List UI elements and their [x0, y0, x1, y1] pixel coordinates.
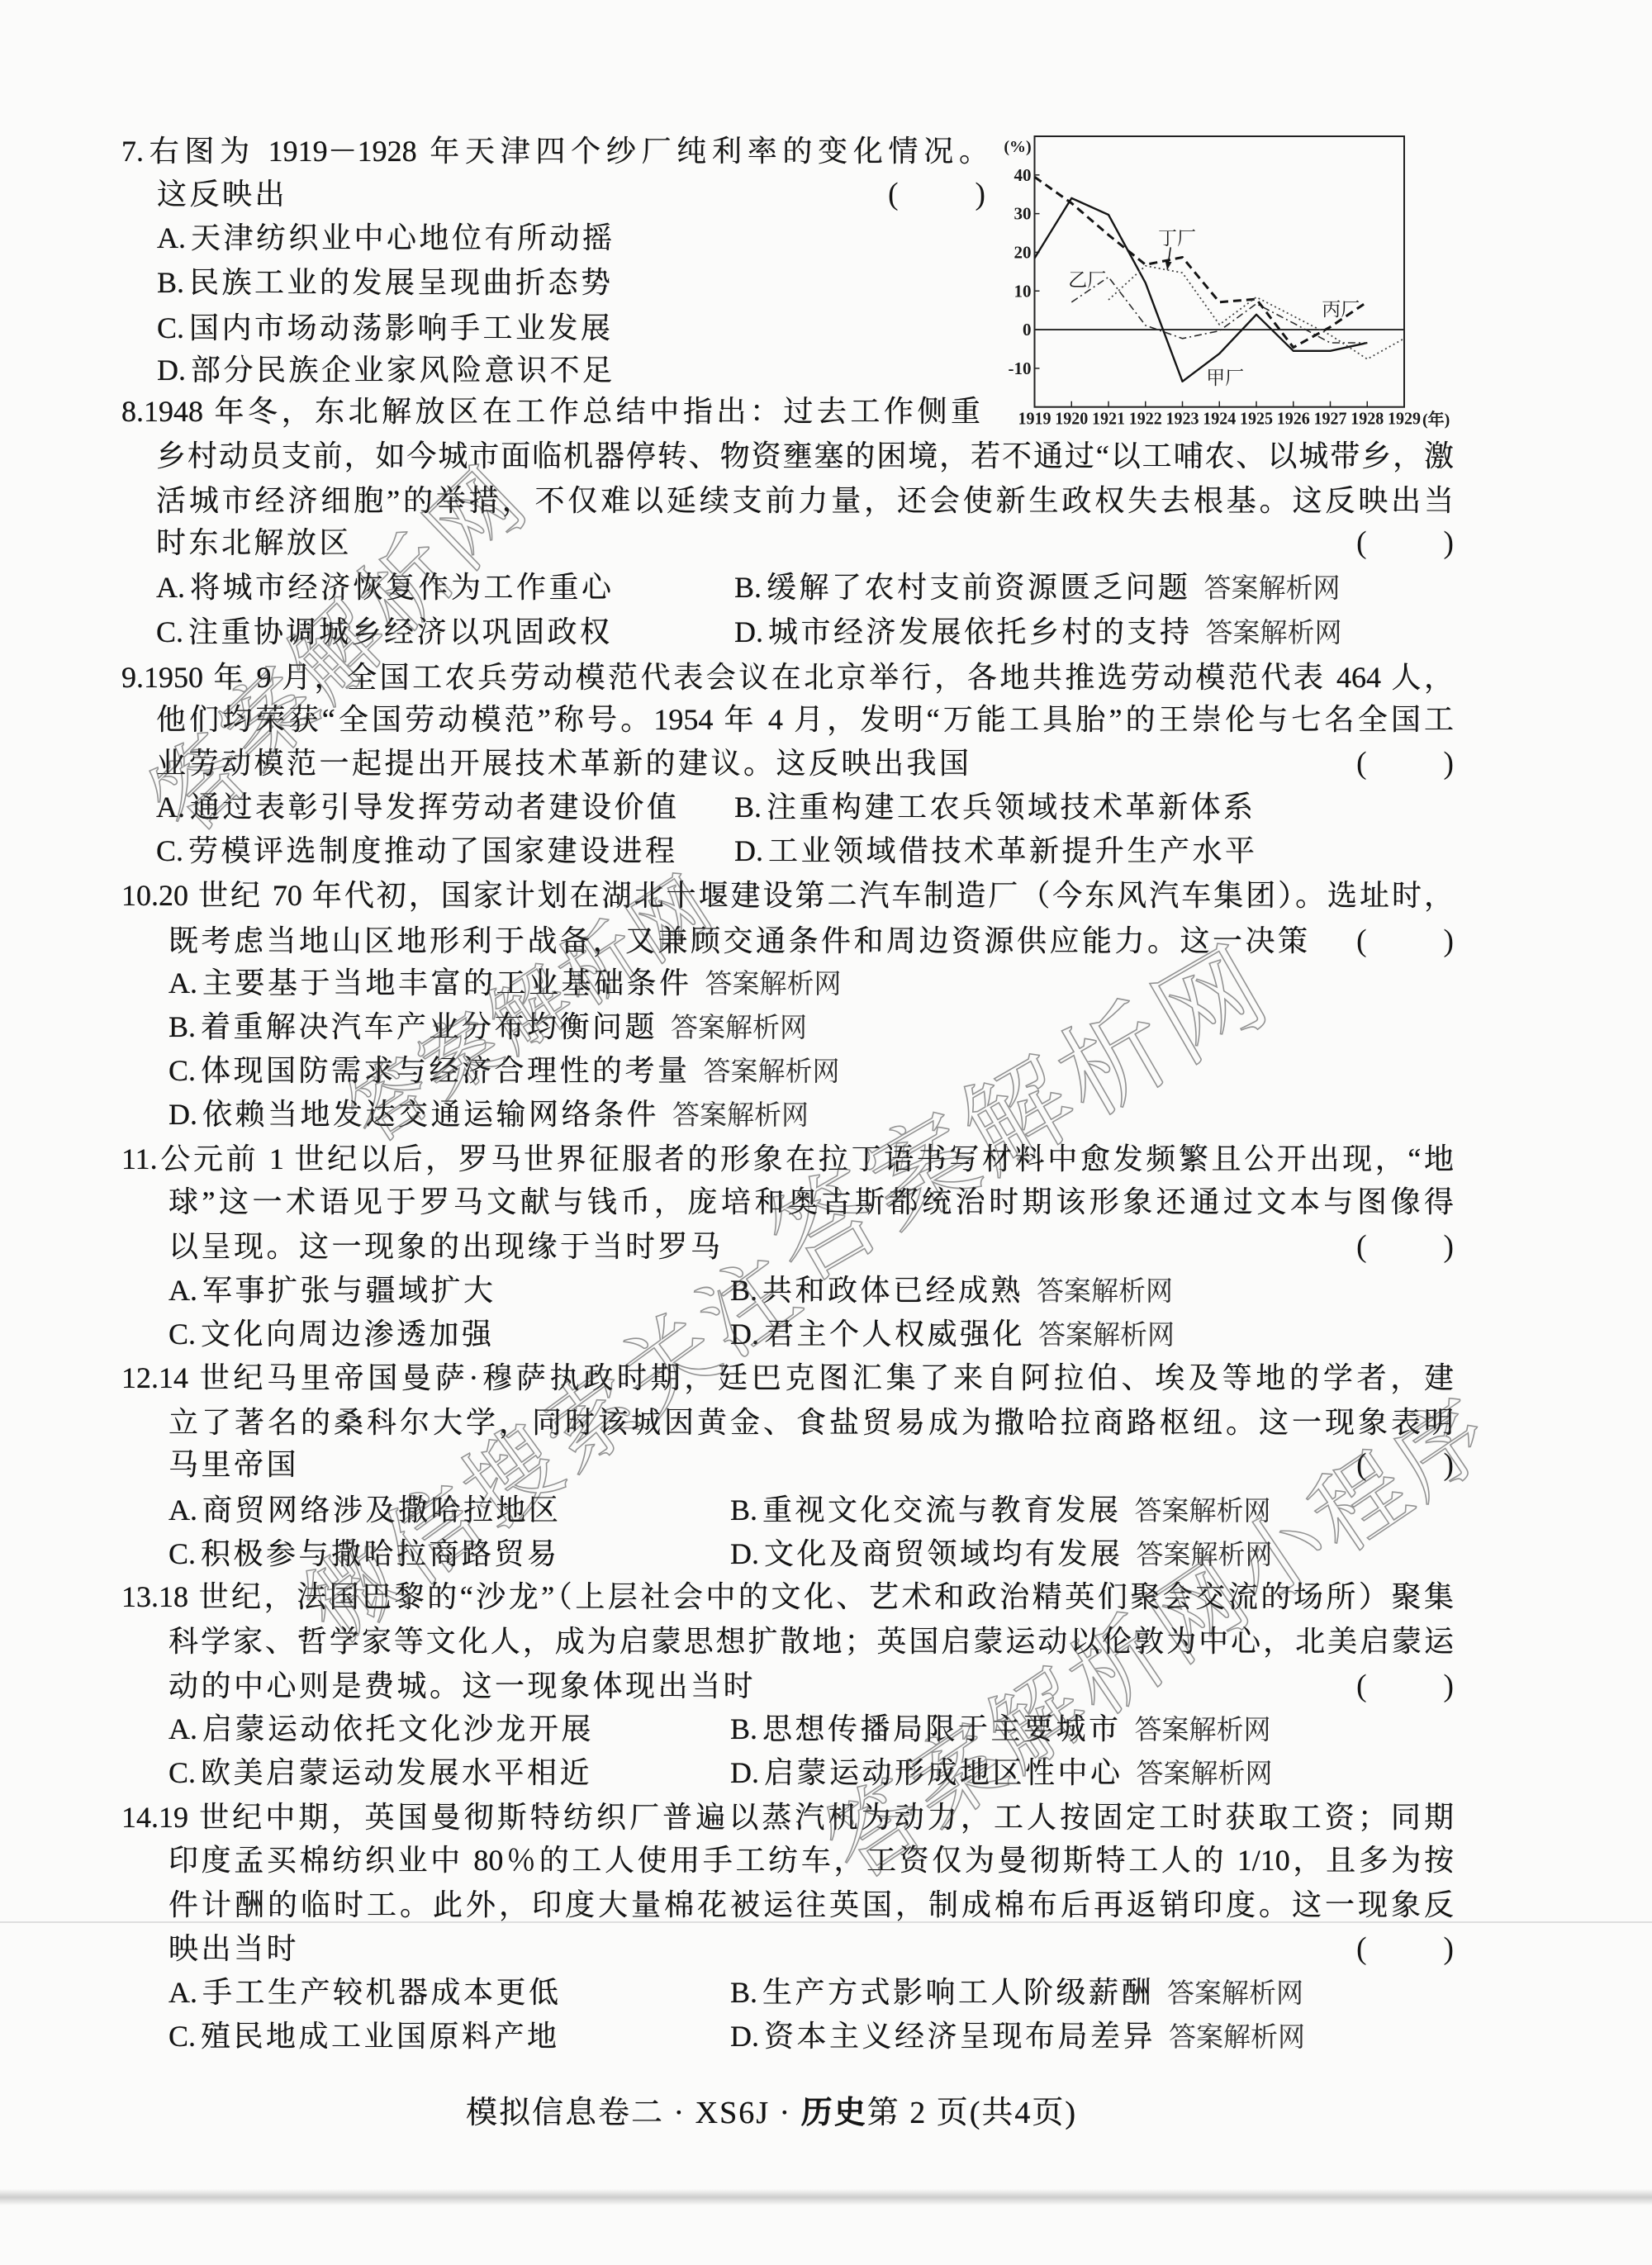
question-stem-line: 这反映出 — [157, 177, 287, 211]
question-text: 1948 年冬，东北解放区在工作总结中指出：过去工作侧重 — [144, 395, 980, 428]
paren-open: ( — [1356, 924, 1367, 958]
watermark-suffix: 答案解析网 — [1037, 1275, 1173, 1307]
profit-rate-line-chart: 403020100-101919192019211922192319241925… — [975, 124, 1487, 438]
answer-blank: () — [1356, 1669, 1454, 1703]
x-tick-label: 1924 — [1203, 409, 1236, 429]
question-text: 公元前 1 世纪以后，罗马世界征服者的形象在拉丁语书写材料中愈发频繁且公开出现，… — [158, 1142, 1454, 1175]
option-text: 部分民族企业家风险意识不足 — [191, 354, 615, 387]
option-letter: B. — [730, 1712, 757, 1745]
watermark-suffix: 答案解析网 — [1135, 1494, 1271, 1527]
watermark-suffix: 答案解析网 — [1204, 572, 1341, 604]
question-text: 右图为 1919－1928 年天津四个纱厂纯利率的变化情况。 — [144, 135, 989, 168]
series-line-dashed — [1035, 177, 1368, 347]
question-number: 9. — [121, 661, 144, 694]
question-stem-line: 8.1948 年冬，东北解放区在工作总结中指出：过去工作侧重 — [121, 394, 980, 429]
answer-blank: () — [1356, 525, 1454, 560]
option-text: 将城市经济恢复作为工作重心 — [190, 571, 615, 604]
option-letter: D. — [730, 1318, 759, 1351]
y-tick-label: 10 — [1014, 281, 1032, 301]
option-c: C.体现国防需求与经济合理性的考量答案解析网 — [169, 1053, 840, 1088]
question-stem-line: 活城市经济细胞”的举措，不仅难以延续支前力量，还会使新生政权失去根基。这反映出当 — [156, 483, 1454, 518]
option-b: B.重视文化交流与教育发展答案解析网 — [730, 1493, 1271, 1527]
option-b: B.生产方式影响工人阶级薪酬答案解析网 — [730, 1975, 1303, 2010]
paren-open: ( — [888, 177, 899, 211]
option-text: 欧美启蒙运动发展水平相近 — [201, 1756, 592, 1789]
option-text: 殖民地成工业国原料产地 — [201, 2020, 560, 2053]
option-text: 天津纺织业中心地位有所动摇 — [191, 221, 615, 254]
question-number: 12. — [121, 1361, 159, 1394]
paren-close: ) — [1443, 1931, 1454, 1966]
series-label: 乙厂 — [1068, 270, 1106, 292]
option-text: 积极参与撒哈拉商路贸易 — [201, 1537, 560, 1570]
option-letter: A. — [156, 791, 185, 824]
question-number: 8. — [121, 395, 144, 428]
question-stem-line: 9.1950 年 9 月，全国工农兵劳动模范代表会议在北京举行，各地共推选劳动模… — [121, 660, 1454, 695]
option-letter: B. — [730, 1976, 757, 2009]
option-c: C.欧美启蒙运动发展水平相近 — [169, 1755, 592, 1790]
option-text: 城市经济发展依托乡村的支持 — [768, 615, 1193, 648]
watermark-suffix: 答案解析网 — [672, 1099, 809, 1131]
paren-close: ) — [1443, 1669, 1454, 1703]
series-label: 丁厂 — [1158, 228, 1196, 249]
paren-close: ) — [1443, 525, 1454, 560]
option-text: 共和政体已经成熟 — [762, 1274, 1023, 1307]
question-number: 13. — [121, 1580, 159, 1613]
option-b: B.民族工业的发展呈现曲折态势 — [157, 265, 614, 300]
x-tick-label: 1927 — [1314, 409, 1347, 429]
option-c: C.殖民地成工业国原料产地 — [169, 2019, 560, 2054]
option-text: 通过表彰引导发挥劳动者建设价值 — [190, 791, 680, 824]
x-tick-label: 1926 — [1277, 409, 1310, 429]
series-label: 甲厂 — [1206, 368, 1244, 389]
option-letter: B. — [734, 571, 762, 604]
watermark-suffix: 答案解析网 — [1137, 1757, 1273, 1789]
option-c: C.文化向周边渗透加强 — [169, 1317, 495, 1351]
question-stem-line: 乡村动员支前，如今城市面临机器停转、物资壅塞的困境，若不通过“以工哺农、以城带乡… — [156, 439, 1454, 473]
question-text: 18 世纪，法国巴黎的“沙龙”（上层社会中的文化、艺术和政治精英们聚会交流的场所… — [159, 1580, 1454, 1613]
watermark-suffix: 答案解析网 — [1038, 1318, 1175, 1351]
option-text: 注重协调城乡经济以巩固政权 — [188, 615, 613, 648]
question-text: 1950 年 9 月，全国工农兵劳动模范代表会议在北京举行，各地共推选劳动模范代… — [144, 661, 1454, 694]
option-letter: B. — [730, 1274, 757, 1307]
watermark-suffix: 答案解析网 — [671, 1011, 807, 1043]
option-d: D.文化及商贸领域均有发展答案解析网 — [730, 1536, 1273, 1571]
paren-open: ( — [1356, 1229, 1367, 1264]
option-d: D.部分民族企业家风险意识不足 — [157, 353, 615, 387]
option-text: 重视文化交流与教育发展 — [762, 1493, 1122, 1527]
question-stem-line: 时东北解放区 — [156, 525, 352, 560]
watermark-suffix: 答案解析网 — [1135, 1713, 1271, 1745]
option-a: A.手工生产较机器成本更低 — [169, 1975, 562, 2010]
paren-close: ) — [1443, 1447, 1454, 1482]
scan-fold-band — [0, 2189, 1652, 2206]
option-b: B.注重构建工农兵领域技术革新体系 — [734, 790, 1256, 824]
option-letter: C. — [169, 1054, 196, 1087]
option-letter: C. — [169, 2020, 196, 2053]
option-c: C.国内市场动荡影响手工业发展 — [157, 311, 614, 345]
y-tick-label: 40 — [1014, 165, 1032, 185]
watermark-suffix: 答案解析网 — [1167, 1977, 1303, 2009]
question-stem-line: 7.右图为 1919－1928 年天津四个纱厂纯利率的变化情况。 — [121, 134, 989, 169]
option-a: A.将城市经济恢复作为工作重心 — [156, 570, 615, 605]
option-d: D.君主个人权威强化答案解析网 — [730, 1317, 1175, 1351]
question-stem-line: 11.公元前 1 世纪以后，罗马世界征服者的形象在拉丁语书写材料中愈发频繁且公开… — [121, 1142, 1454, 1176]
option-c: C.劳模评选制度推动了国家建设进程 — [156, 833, 678, 868]
paren-open: ( — [1356, 1931, 1367, 1966]
option-text: 劳模评选制度推动了国家建设进程 — [188, 834, 678, 867]
question-stem-line: 他们均荣获“全国劳动模范”称号。1954 年 4 月，发明“万能工具胎”的王崇伦… — [156, 702, 1454, 737]
option-letter: B. — [730, 1493, 757, 1527]
option-a: A.主要基于当地丰富的工业基础条件答案解析网 — [169, 966, 842, 1000]
option-letter: D. — [157, 354, 186, 387]
option-letter: D. — [169, 1098, 197, 1131]
answer-blank: () — [1356, 1229, 1454, 1264]
question-stem-line: 14.19 世纪中期，英国曼彻斯特纺织厂普遍以蒸汽机为动力，工人按固定工时获取工… — [121, 1800, 1454, 1835]
y-tick-label: 20 — [1014, 242, 1032, 262]
option-text: 着重解决汽车产业分布均衡问题 — [201, 1010, 657, 1043]
x-axis-unit-label: (年) — [1422, 410, 1450, 430]
series-label: 丙厂 — [1322, 299, 1360, 321]
x-tick-label: 1928 — [1351, 409, 1384, 429]
option-b: B.思想传播局限于主要城市答案解析网 — [730, 1712, 1271, 1746]
footer-page-number: 第 2 页(共4页) — [867, 2096, 1077, 2130]
option-letter: A. — [169, 1976, 197, 2009]
question-text: 19 世纪中期，英国曼彻斯特纺织厂普遍以蒸汽机为动力，工人按固定工时获取工资；同… — [159, 1801, 1454, 1834]
question-text: 14 世纪马里帝国曼萨·穆萨执政时期，廷巴克图汇集了来自阿拉伯、埃及等地的学者，… — [159, 1361, 1454, 1394]
option-letter: D. — [734, 834, 763, 867]
question-stem-line: 科学家、哲学家等文化人，成为启蒙思想扩散地；英国启蒙运动以伦敦为中心，北美启蒙运 — [169, 1624, 1454, 1659]
question-number: 10. — [121, 879, 159, 912]
option-text: 依赖当地发达交通运输网络条件 — [202, 1098, 659, 1131]
option-text: 生产方式影响工人阶级薪酬 — [762, 1976, 1154, 2009]
watermark-suffix: 答案解析网 — [1206, 616, 1342, 648]
paren-close: ) — [1443, 924, 1454, 958]
x-tick-label: 1929 — [1388, 409, 1421, 429]
answer-blank: () — [1356, 924, 1454, 958]
scan-line — [0, 1921, 1652, 1923]
arrow-head-icon — [1165, 261, 1172, 269]
option-letter: C. — [156, 834, 183, 867]
option-letter: D. — [730, 2020, 759, 2053]
option-a: A.启蒙运动依托文化沙龙开展 — [169, 1712, 594, 1746]
option-text: 工业领域借技术革新提升生产水平 — [768, 834, 1258, 867]
option-letter: C. — [156, 615, 183, 648]
option-letter: C. — [169, 1756, 196, 1789]
paren-open: ( — [1356, 1669, 1367, 1703]
option-text: 商贸网络涉及撒哈拉地区 — [202, 1493, 562, 1527]
x-tick-label: 1923 — [1166, 409, 1199, 429]
question-stem-line: 以呈现。这一现象的出现缘于当时罗马 — [169, 1229, 724, 1264]
question-stem-line: 映出当时 — [169, 1931, 299, 1966]
option-text: 军事扩张与疆域扩大 — [202, 1274, 496, 1307]
option-d: D.工业领域借技术革新提升生产水平 — [734, 833, 1258, 868]
option-text: 君主个人权威强化 — [764, 1318, 1025, 1351]
question-text: 20 世纪 70 年代初，国家计划在湖北十堰建设第二汽车制造厂（今东风汽车集团）… — [159, 879, 1454, 912]
watermark-suffix: 答案解析网 — [1169, 2020, 1305, 2053]
option-c: C.积极参与撒哈拉商路贸易 — [169, 1536, 560, 1571]
x-tick-label: 1920 — [1055, 409, 1088, 429]
option-letter: D. — [730, 1756, 759, 1789]
question-number: 14. — [121, 1801, 159, 1834]
option-a: A.商贸网络涉及撒哈拉地区 — [169, 1493, 562, 1527]
option-d: D.资本主义经济呈现布局差异答案解析网 — [730, 2019, 1305, 2054]
option-letter: A. — [169, 1712, 197, 1745]
footer-paper-code: 模拟信息卷二 · XS6J · — [466, 2096, 801, 2130]
option-letter: B. — [157, 266, 184, 299]
question-stem-line: 动的中心则是费城。这一现象体现出当时 — [169, 1669, 756, 1703]
question-stem-line: 既考虑当地山区地形利于战备，又兼顾交通条件和周边资源供应能力。这一决策 — [169, 924, 1311, 958]
question-stem-line: 13.18 世纪，法国巴黎的“沙龙”（上层社会中的文化、艺术和政治精英们聚会交流… — [121, 1579, 1454, 1614]
answer-blank: () — [888, 177, 985, 211]
paren-close: ) — [1443, 746, 1454, 781]
paren-close: ) — [1443, 1229, 1454, 1264]
option-d: D.城市经济发展依托乡村的支持答案解析网 — [734, 615, 1342, 649]
option-letter: A. — [156, 571, 185, 604]
footer-subject: 历史 — [801, 2096, 867, 2130]
option-text: 体现国防需求与经济合理性的考量 — [201, 1054, 691, 1087]
option-letter: A. — [157, 221, 186, 254]
option-text: 资本主义经济呈现布局差异 — [764, 2020, 1156, 2053]
question-stem-line: 立了著名的桑科尔大学，同时该城因黄金、食盐贸易成为撒哈拉商路枢纽。这一现象表明 — [169, 1405, 1454, 1440]
option-letter: A. — [169, 1274, 197, 1307]
paren-open: ( — [1356, 746, 1367, 781]
option-text: 注重构建工农兵领域技术革新体系 — [767, 791, 1256, 824]
answer-blank: () — [1356, 746, 1454, 781]
option-letter: C. — [157, 311, 184, 344]
option-letter: C. — [169, 1318, 196, 1351]
option-text: 文化及商贸领域均有发展 — [764, 1537, 1123, 1570]
option-b: B.缓解了农村支前资源匮乏问题答案解析网 — [734, 570, 1341, 605]
question-stem-line: 印度孟买棉纺织业中 80％的工人使用手工纺车，工资仅为曼彻斯特工人的 1/10，… — [169, 1843, 1454, 1878]
option-a: A.军事扩张与疆域扩大 — [169, 1273, 496, 1308]
option-text: 启蒙运动形成地区性中心 — [764, 1756, 1123, 1789]
question-stem-line: 件计酬的临时工。此外，印度大量棉花被运往英国，制成棉布后再返销印度。这一现象反 — [169, 1887, 1454, 1922]
question-stem-line: 球”这一术语见于罗马文献与钱币，庞培和奥古斯都统治时期该形象还通过文本与图像得 — [169, 1185, 1454, 1219]
option-text: 手工生产较机器成本更低 — [202, 1976, 562, 2009]
option-text: 国内市场动荡影响手工业发展 — [189, 311, 614, 344]
option-letter: A. — [169, 966, 197, 1000]
y-tick-label: 0 — [1023, 320, 1032, 340]
paren-open: ( — [1356, 1447, 1367, 1482]
answer-blank: () — [1356, 1447, 1454, 1482]
option-text: 启蒙运动依托文化沙龙开展 — [202, 1712, 594, 1745]
watermark: 答案解析网 — [738, 903, 1294, 1311]
option-letter: D. — [730, 1537, 759, 1570]
option-a: A.天津纺织业中心地位有所动摇 — [157, 221, 615, 255]
option-d: D.依赖当地发达交通运输网络条件答案解析网 — [169, 1097, 809, 1132]
question-stem-line: 12.14 世纪马里帝国曼萨·穆萨执政时期，廷巴克图汇集了来自阿拉伯、埃及等地的… — [121, 1360, 1454, 1395]
y-tick-label: -10 — [1009, 359, 1032, 378]
watermark-suffix: 答案解析网 — [704, 1055, 840, 1087]
option-letter: B. — [169, 1010, 196, 1043]
paren-open: ( — [1356, 525, 1367, 560]
question-number: 11. — [121, 1142, 158, 1175]
option-text: 文化向周边渗透加强 — [201, 1318, 495, 1351]
option-text: 民族工业的发展呈现曲折态势 — [189, 266, 614, 299]
x-tick-label: 1919 — [1018, 409, 1051, 429]
option-letter: C. — [169, 1537, 196, 1570]
option-b: B.共和政体已经成熟答案解析网 — [730, 1273, 1173, 1308]
option-letter: D. — [734, 615, 763, 648]
x-tick-label: 1925 — [1240, 409, 1273, 429]
watermark-suffix: 答案解析网 — [1137, 1538, 1273, 1570]
question-stem-line: 业劳动模范一起提出开展技术革新的建议。这反映出我国 — [156, 746, 972, 781]
option-b: B.着重解决汽车产业分布均衡问题答案解析网 — [169, 1009, 807, 1044]
option-letter: B. — [734, 791, 762, 824]
x-tick-label: 1922 — [1129, 409, 1162, 429]
question-stem-line: 10.20 世纪 70 年代初，国家计划在湖北十堰建设第二汽车制造厂（今东风汽车… — [121, 878, 1454, 913]
option-text: 主要基于当地丰富的工业基础条件 — [202, 966, 692, 1000]
y-axis-unit-label: (%) — [1004, 138, 1031, 156]
watermark-suffix: 答案解析网 — [705, 967, 842, 1000]
y-tick-label: 30 — [1014, 204, 1032, 224]
x-tick-label: 1921 — [1092, 409, 1125, 429]
question-stem-line: 马里帝国 — [169, 1447, 299, 1482]
option-text: 思想传播局限于主要城市 — [762, 1712, 1122, 1745]
answer-blank: () — [1356, 1931, 1454, 1966]
option-text: 缓解了农村支前资源匮乏问题 — [767, 571, 1191, 604]
page-footer: 模拟信息卷二 · XS6J · 历史第 2 页(共4页) — [466, 2096, 1077, 2130]
option-letter: A. — [169, 1493, 197, 1527]
question-number: 7. — [121, 135, 144, 168]
option-a: A.通过表彰引导发挥劳动者建设价值 — [156, 790, 680, 824]
option-c: C.注重协调城乡经济以巩固政权 — [156, 615, 613, 649]
option-d: D.启蒙运动形成地区性中心答案解析网 — [730, 1755, 1273, 1790]
